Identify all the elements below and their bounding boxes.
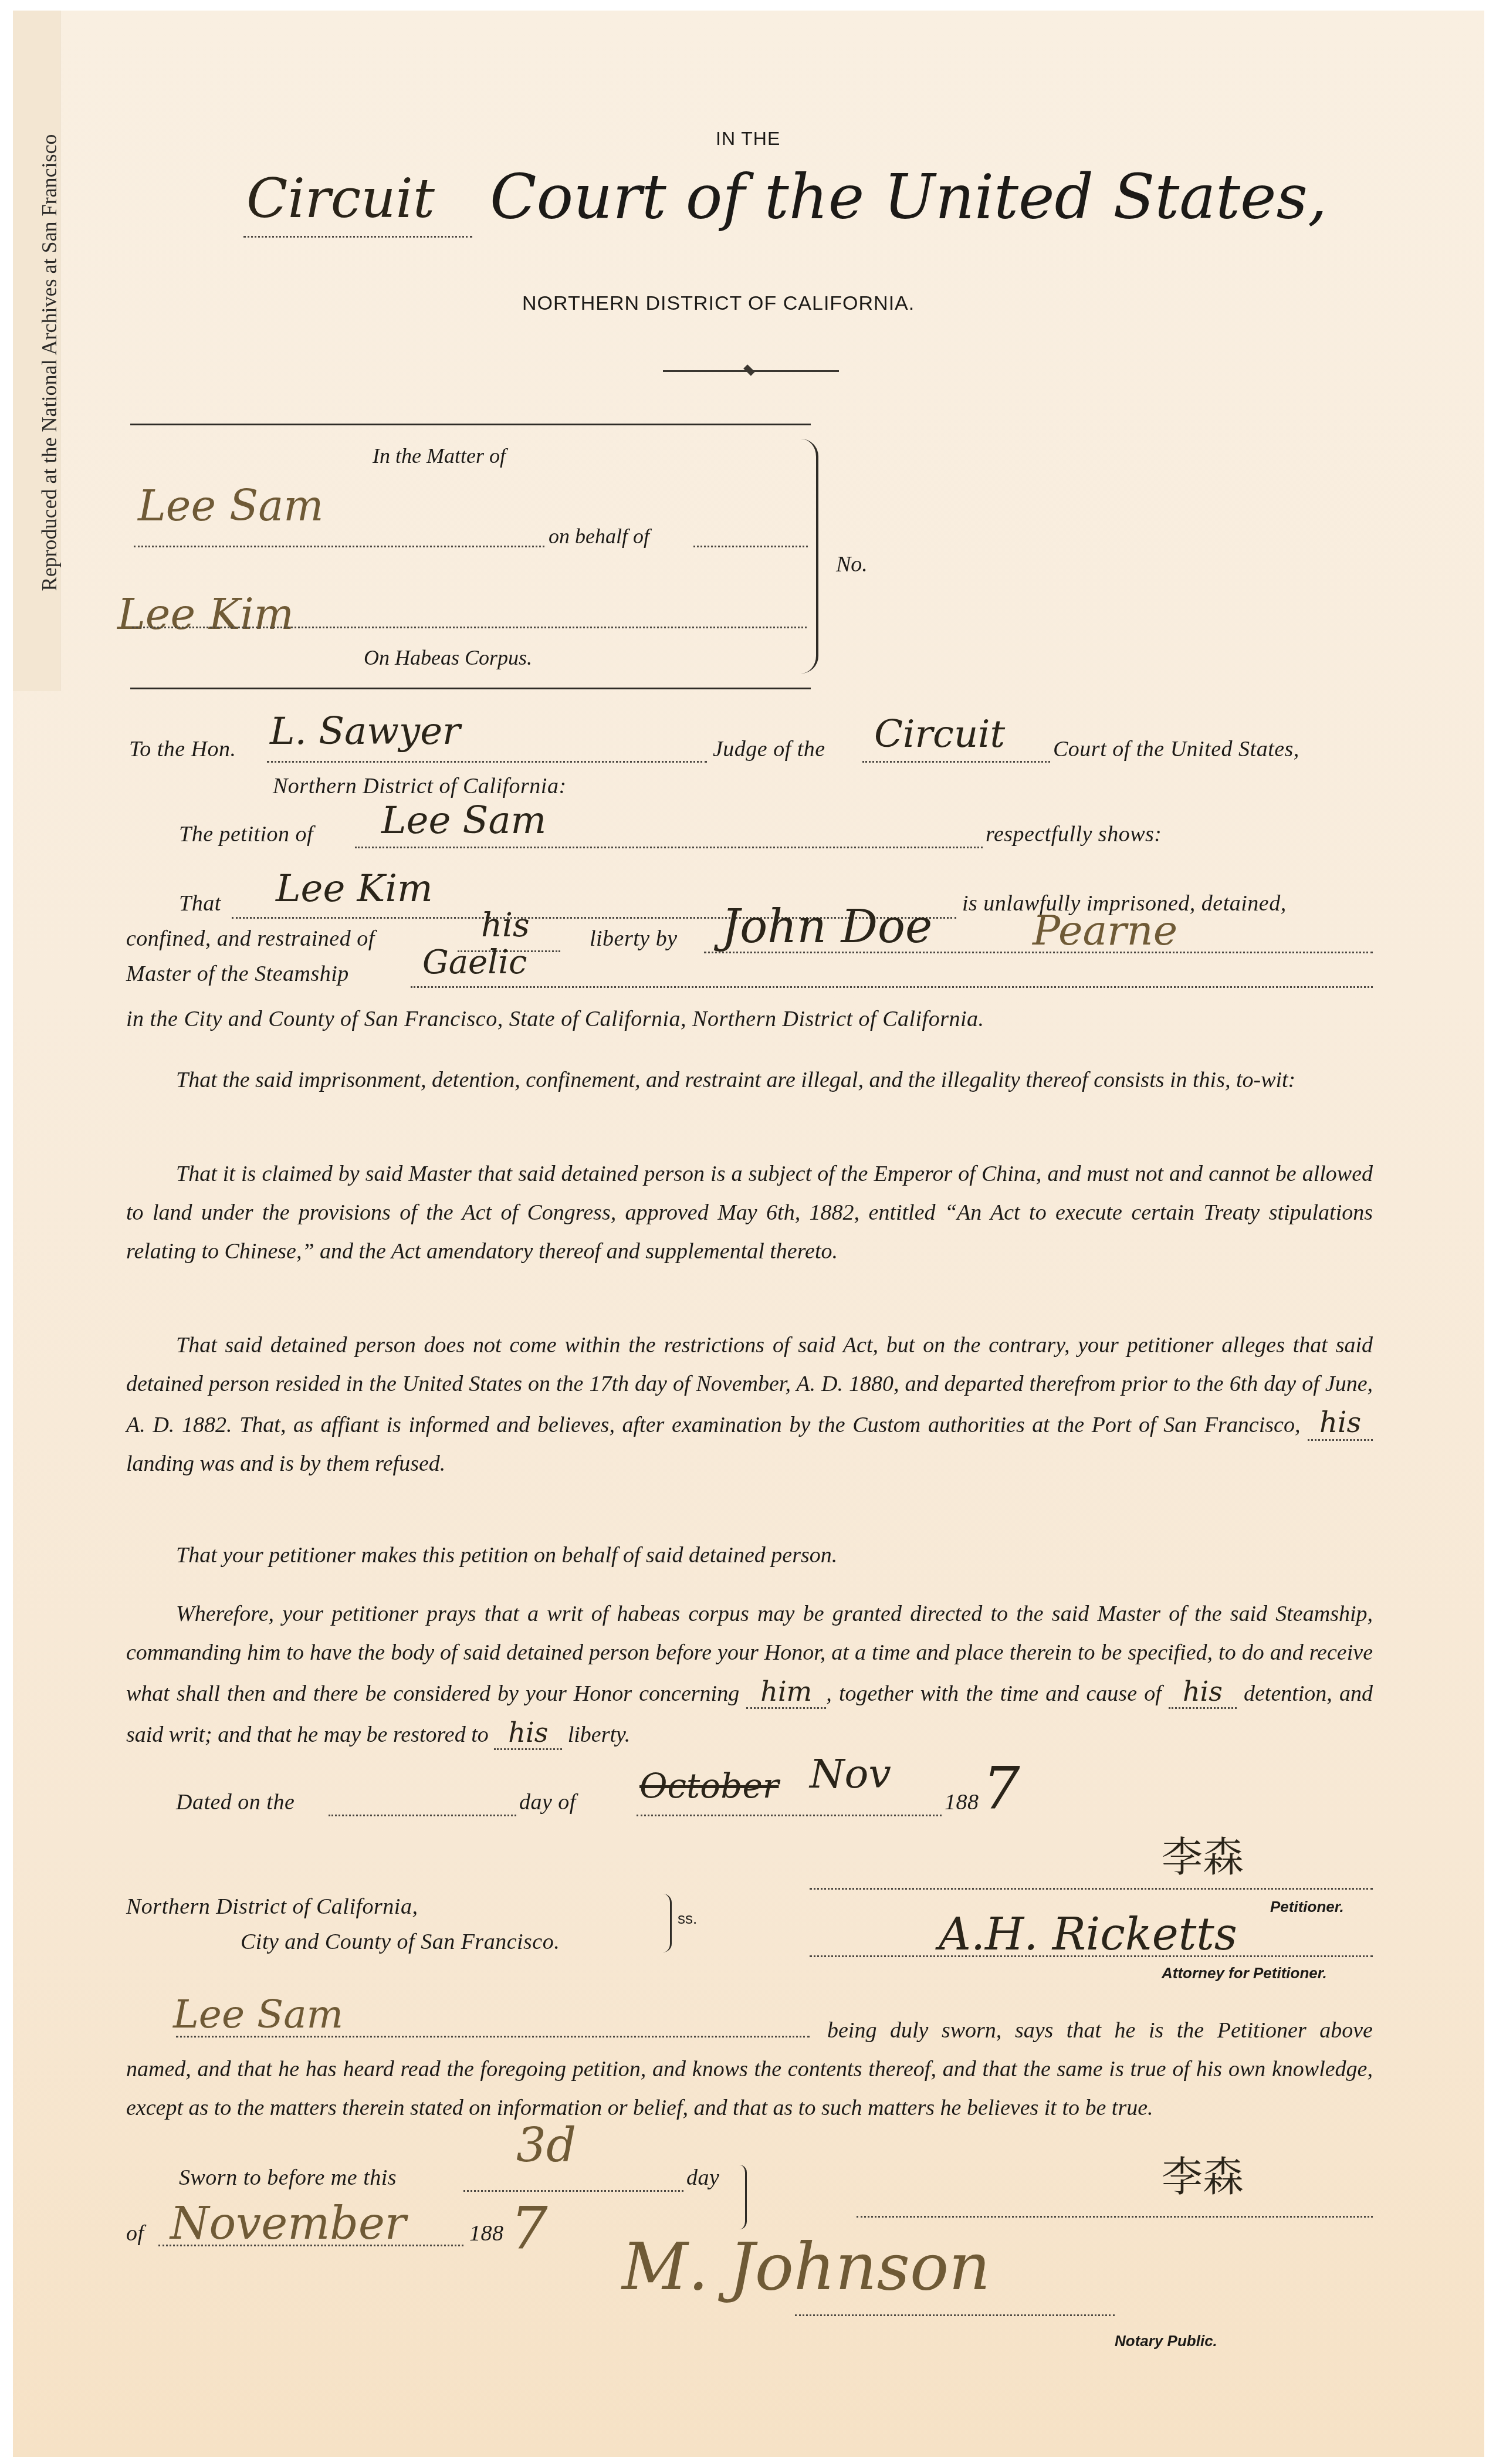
detainee-fill: Lee Kim	[276, 867, 433, 911]
ornament-divider	[663, 368, 839, 373]
that-label: That	[179, 891, 221, 916]
court-suffix: Court of the United States,	[1053, 736, 1299, 762]
petitioner-mark: 李森	[1162, 1825, 1244, 1884]
paragraph-behalf: That your petitioner makes this petition…	[126, 1536, 1373, 1575]
paragraph-text: landing was and is by them refused.	[126, 1451, 445, 1476]
on-behalf-line	[693, 546, 808, 547]
affidavit-text: being duly sworn, says that he is the Pe…	[126, 2011, 1373, 2127]
petitioner-fill-line	[355, 847, 983, 848]
month-line	[637, 1815, 942, 1816]
caption-top-rule	[130, 424, 811, 425]
paragraph-text: , together with the time and cause of	[826, 1681, 1161, 1706]
paragraph-text: That your petitioner makes this petition…	[176, 1543, 837, 1568]
year-prefix: 188	[945, 1789, 979, 1815]
him-fill: him	[746, 1676, 826, 1709]
paragraph-residence: That said detained person does not come …	[126, 1326, 1373, 1483]
month-fill: Nov	[810, 1751, 891, 1798]
jurat-year-suffix: 7	[510, 2194, 548, 2263]
in-the-heading: IN THE	[716, 128, 780, 150]
master-name-fill: John Doe	[722, 901, 932, 953]
court-type-fill: Circuit	[246, 167, 435, 230]
attorney-signature: A.H. Ricketts	[939, 1908, 1237, 1960]
court-type-line	[243, 236, 472, 238]
notary-signature: M. Johnson	[622, 2229, 990, 2304]
judge-name-line	[267, 761, 707, 763]
caption-brace	[801, 439, 818, 673]
notary-sig-line	[795, 2314, 1115, 2316]
petitioner-fill: Lee Sam	[381, 799, 546, 842]
caption-bottom-rule	[130, 688, 811, 689]
location-line: in the City and County of San Francisco,…	[126, 1006, 984, 1032]
attorney-label: Attorney for Petitioner.	[1162, 1964, 1327, 1982]
venue-line-1: Northern District of California,	[126, 1894, 418, 1920]
day-label: day	[686, 2165, 719, 2191]
sworn-month-fill: November	[170, 2197, 406, 2249]
his-fill-2: his	[494, 1717, 562, 1750]
petitioner-label: Petitioner.	[1270, 1898, 1344, 1916]
day-of: day of	[519, 1789, 576, 1815]
paragraph-text: That it is claimed by said Master that s…	[126, 1162, 1373, 1264]
steamship-line	[411, 986, 1373, 988]
petition-of-label: The petition of	[179, 821, 313, 847]
paragraph-claim: That it is claimed by said Master that s…	[126, 1155, 1373, 1271]
judge-of-the: Judge of the	[713, 736, 825, 762]
affiant-mark: 李森	[1162, 2144, 1244, 2204]
year-suffix-fill: 7	[983, 1754, 1020, 1823]
petitioner-name-fill: Lee Sam	[138, 481, 323, 530]
pronoun-fill: his	[481, 906, 530, 945]
petitioner-sig-line	[810, 1888, 1373, 1890]
district-line: Northern District of California:	[273, 773, 567, 799]
archive-stamp: Reproduced at the National Archives at S…	[37, 134, 62, 591]
venue-brace	[663, 1894, 672, 1952]
in-the-matter-of: In the Matter of	[373, 444, 506, 468]
petitioner-line	[134, 546, 544, 547]
master-line	[704, 952, 1373, 953]
court-type-fill-2: Circuit	[874, 713, 1005, 756]
on-behalf-of: on behalf of	[549, 524, 649, 549]
landing-pronoun-fill: his	[1308, 1406, 1373, 1441]
detainee-line	[132, 627, 807, 628]
to-the-hon: To the Hon.	[129, 736, 236, 762]
sworn-day-fill: 3d	[516, 2118, 576, 2172]
paragraph-text: That said detained person does not come …	[126, 1333, 1373, 1437]
court-type-line-2	[862, 761, 1050, 763]
of-label: of	[126, 2221, 144, 2246]
confined-text: confined, and restrained of	[126, 926, 375, 952]
affiant-sig-line	[857, 2216, 1373, 2218]
master-of-steamship: Master of the Steamship	[126, 961, 349, 987]
sworn-month-line	[158, 2245, 463, 2246]
paragraph-text: liberty.	[568, 1722, 631, 1747]
detainee-name-fill: Lee Kim	[117, 590, 294, 639]
paragraph-wherefore: Wherefore, your petitioner prays that a …	[126, 1595, 1373, 1754]
jurat-year-prefix: 188	[469, 2221, 504, 2246]
venue-line-2: City and County of San Francisco.	[241, 1929, 560, 1955]
jurat-brace	[739, 2165, 747, 2229]
sworn-to-label: Sworn to before me this	[179, 2165, 397, 2191]
dated-on-the: Dated on the	[176, 1789, 295, 1815]
master-surname-fill: Pearne	[1033, 906, 1177, 955]
ss-label: ss.	[678, 1910, 697, 1928]
liberty-by: liberty by	[590, 926, 678, 952]
dated-day-line	[329, 1815, 516, 1816]
attorney-sig-line	[810, 1955, 1373, 1957]
steamship-fill: Gaelic	[422, 943, 527, 981]
paragraph-text: That the said imprisonment, detention, c…	[176, 1068, 1295, 1092]
judge-name-fill: L. Sawyer	[270, 710, 461, 753]
archive-stamp-strip: Reproduced at the National Archives at S…	[13, 11, 60, 691]
on-habeas-corpus: On Habeas Corpus.	[364, 645, 532, 670]
month-struck-fill: October	[639, 1766, 779, 1806]
case-number-label: No.	[836, 551, 868, 577]
respectfully-shows: respectfully shows:	[986, 821, 1162, 847]
sworn-day-line	[463, 2190, 683, 2192]
district-heading: NORTHERN DISTRICT OF CALIFORNIA.	[522, 292, 915, 315]
paragraph-illegality: That the said imprisonment, detention, c…	[126, 1061, 1373, 1099]
notary-label: Notary Public.	[1115, 2332, 1217, 2350]
his-fill-1: his	[1169, 1676, 1237, 1709]
court-title: Court of the United States,	[490, 161, 1327, 233]
